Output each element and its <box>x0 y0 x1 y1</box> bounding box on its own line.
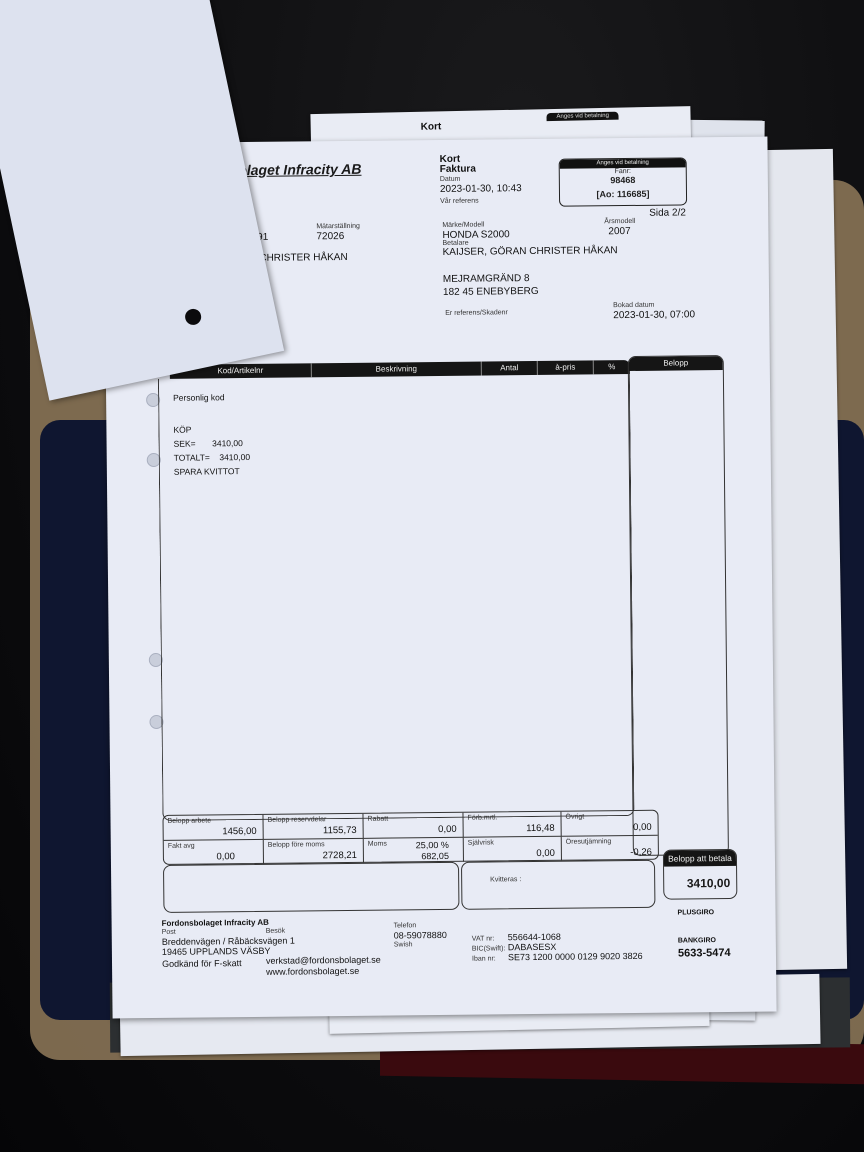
model-year-label: Årsmodell <box>604 218 635 225</box>
vat-value: 556644-1068 <box>508 932 561 943</box>
item-line: Personlig kod <box>173 392 225 403</box>
payment-reference-box: Anges vid betalning Fanr: 98468 [Ao: 116… <box>559 157 687 206</box>
item-line: SEK= 3410,00 <box>174 438 243 449</box>
booked-date-label: Bokad datum <box>613 302 654 309</box>
bankgiro-label: BANKGIRO <box>678 937 716 944</box>
bic-label: BIC(Swift): <box>472 945 506 952</box>
page-indicator: Sida 2/2 <box>649 207 686 218</box>
amount-column-header: Belopp <box>629 356 723 371</box>
summary-parts: Belopp reservdelar 1155,73 <box>263 814 363 840</box>
our-reference-label: Vår referens <box>440 198 479 205</box>
date-label: Datum <box>440 176 461 183</box>
amount-due-value: 3410,00 <box>664 866 736 891</box>
plusgiro-label: PLUSGIRO <box>677 909 714 916</box>
receipt-box: Kvitteras : <box>461 860 655 910</box>
summary-grid: Belopp arbete 1456,00 Belopp reservdelar… <box>162 810 658 865</box>
payer-address-line2: 182 45 ENEBYBERG <box>443 286 539 298</box>
footer-phone: 08-59078880 <box>394 930 447 941</box>
footer-swish-label: Swish <box>394 941 413 948</box>
doc-type-line2: Faktura <box>440 164 476 175</box>
iban-value: SE73 1200 0000 0129 9020 3826 <box>508 951 643 962</box>
vat-label: VAT nr: <box>472 935 495 942</box>
amount-column: Belopp <box>628 355 729 856</box>
summary-consumables: Förb.mrtl. 116,48 <box>463 812 561 838</box>
receipt-label: Kvitteras : <box>490 876 521 883</box>
summary-pre-vat: Belopp före moms 2728,21 <box>264 839 364 864</box>
amount-due-box: Belopp att betala 3410,00 <box>663 849 738 900</box>
item-line: TOTALT= 3410,00 <box>174 452 250 463</box>
fanr-value: 98468 <box>560 174 686 185</box>
notes-box <box>163 862 459 913</box>
footer-fskatt: Godkänd för F-skatt <box>162 958 242 969</box>
bic-value: DABASESX <box>508 942 557 953</box>
bankgiro-value: 5633-5474 <box>678 947 731 960</box>
column-header-discount: % <box>594 360 630 374</box>
footer-phone-label: Telefon <box>394 922 417 929</box>
summary-vat: Moms 25,00 % 682,05 <box>364 838 464 863</box>
summary-rounding: Öresutjämning -0,26 <box>562 836 658 861</box>
invoice-date: 2023-01-30, 10:43 <box>440 183 522 195</box>
summary-other: Övrigt 0,00 <box>561 811 657 837</box>
item-line: SPARA KVITTOT <box>174 466 240 477</box>
footer-visit-label: Besök <box>266 928 286 935</box>
footer-city: 19465 UPPLANDS VÄSBY <box>162 946 271 957</box>
ao-value: [Ao: 116685] <box>560 188 686 199</box>
summary-deductible: Självrisk 0,00 <box>464 837 562 862</box>
footer-email: verkstad@fordonsbolaget.se <box>266 955 381 966</box>
summary-discount: Rabatt 0,00 <box>363 813 463 839</box>
back-sheet-doc-type: Kort <box>421 121 442 132</box>
back-sheet-payment-header: Anges vid betalning <box>546 112 619 122</box>
iban-label: Iban nr: <box>472 955 496 962</box>
your-reference-label: Er referens/Skadenr <box>445 309 508 317</box>
odometer-label: Mätarställning <box>316 223 360 230</box>
model-year-value: 2007 <box>608 226 630 237</box>
amount-due-label: Belopp att betala <box>664 850 736 867</box>
column-header-quantity: Antal <box>482 361 538 376</box>
item-line: KÖP <box>173 425 191 435</box>
footer-company: Fordonsbolaget Infracity AB <box>162 918 269 928</box>
items-table-body: Personlig kod KÖP SEK= 3410,00 TOTALT= 3… <box>158 374 635 821</box>
payer-address-line1: MEJRAMGRÄND 8 <box>443 273 530 285</box>
footer-address: Breddenvägen / Råbäcksvägen 1 <box>162 936 295 947</box>
make-model-label: Märke/Modell <box>442 222 484 229</box>
payer-name: KAIJSER, GÖRAN CHRISTER HÅKAN <box>443 245 618 258</box>
odometer-value: 72026 <box>316 231 344 242</box>
summary-labor: Belopp arbete 1456,00 <box>163 815 263 841</box>
column-header-unit-price: à-pris <box>538 360 594 375</box>
footer-post-label: Post <box>162 929 176 936</box>
booked-date-value: 2023-01-30, 07:00 <box>613 309 695 321</box>
punch-hole <box>184 307 203 326</box>
summary-invoice-fee: Fakt avg 0,00 <box>164 840 264 865</box>
footer-website: www.fordonsbolaget.se <box>266 966 359 977</box>
